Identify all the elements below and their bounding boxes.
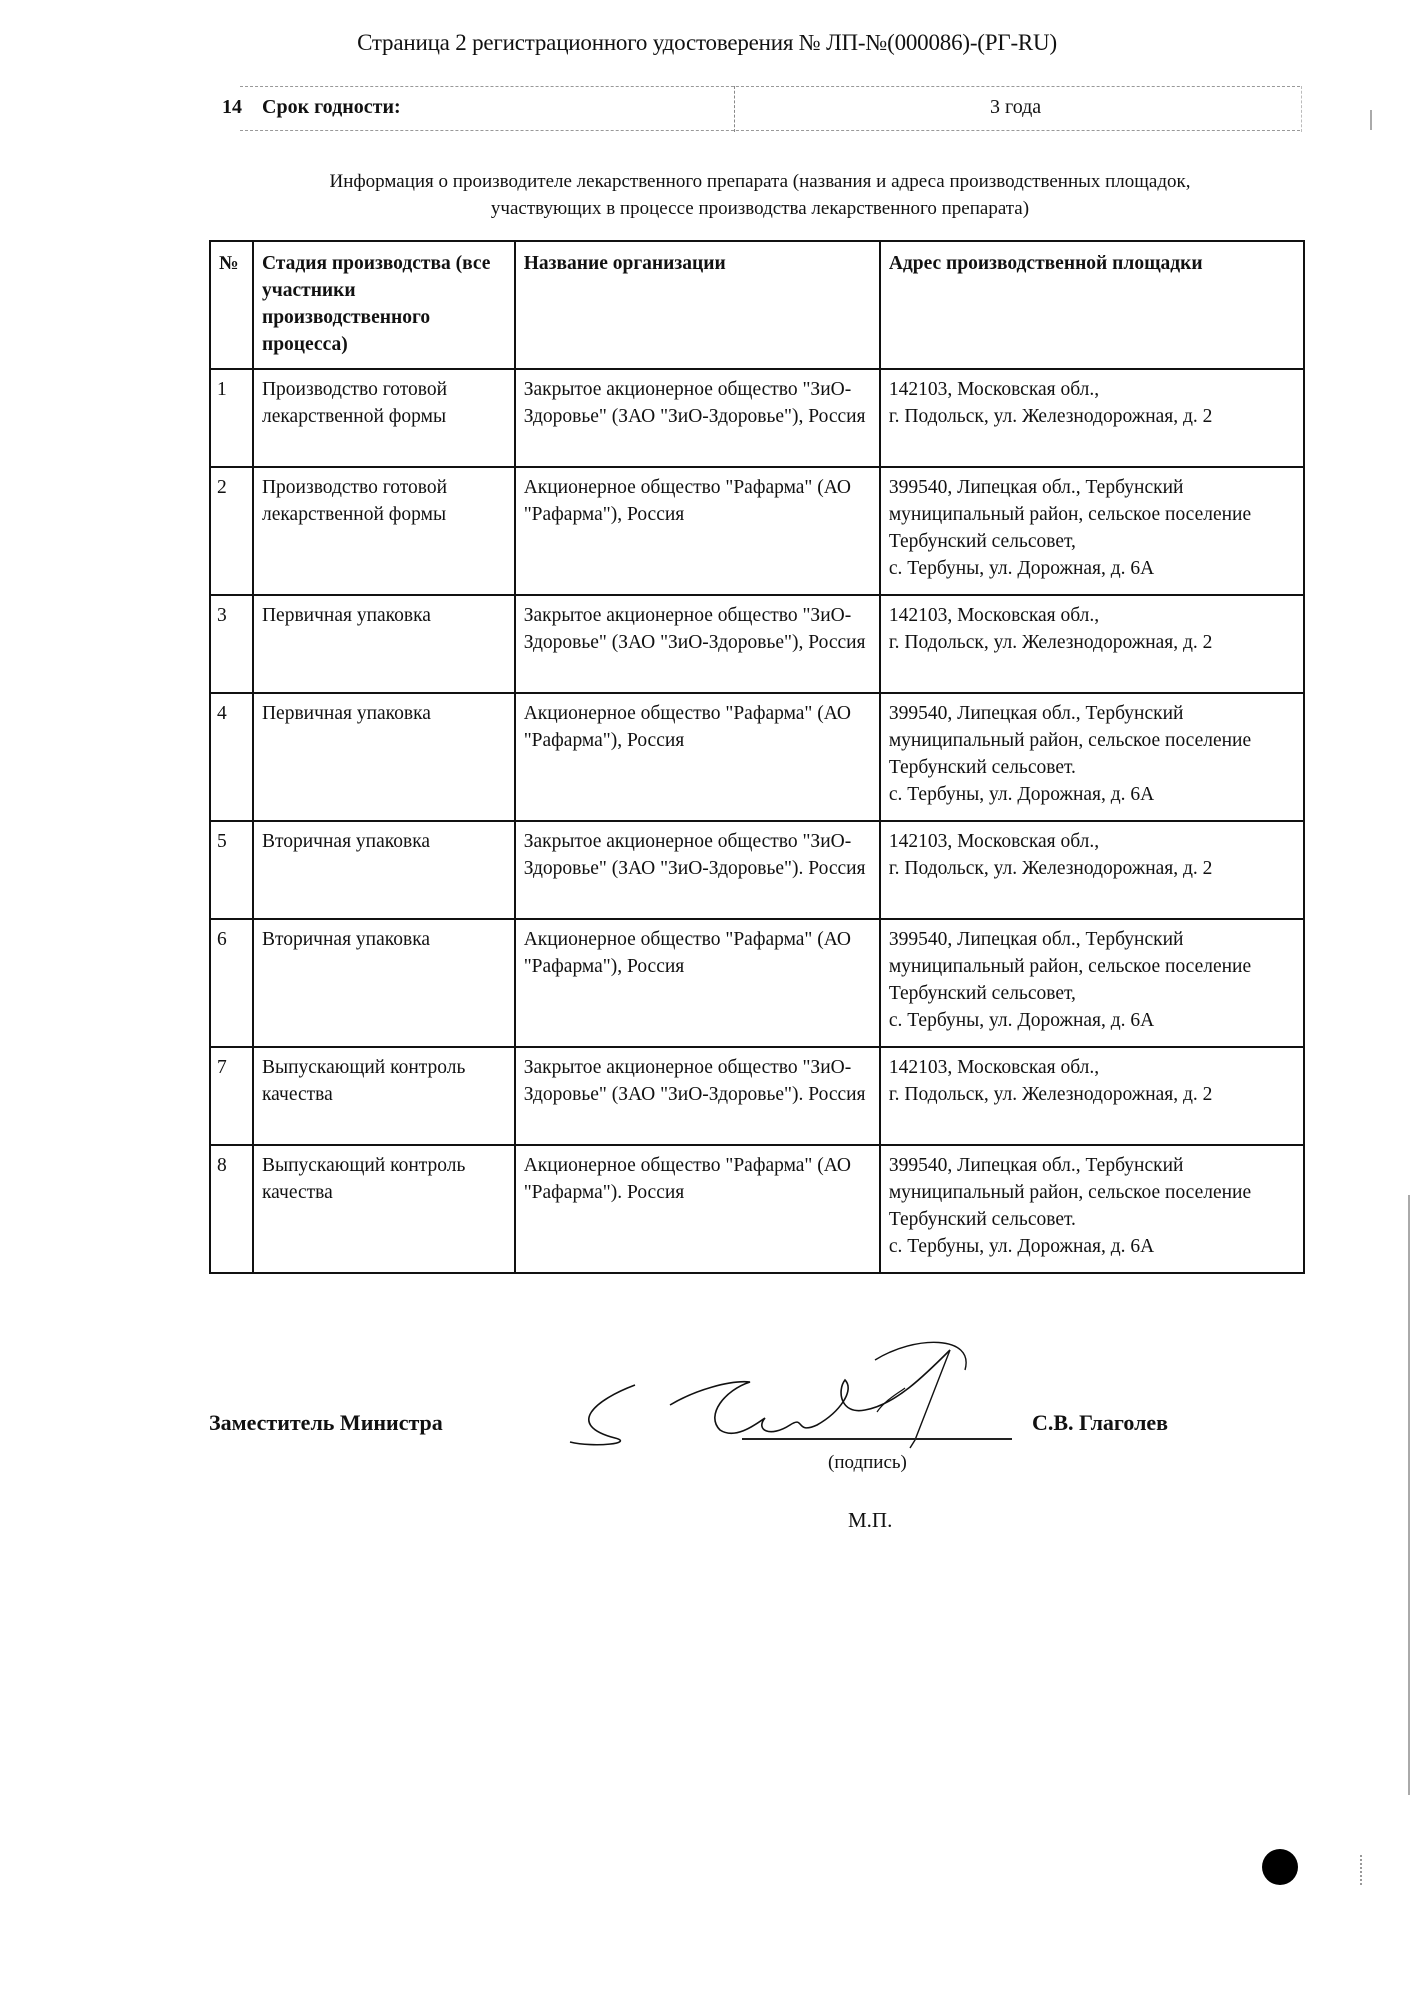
signature-line [742, 1438, 1012, 1440]
manufacturers-table: № Стадия производства (все участники про… [209, 240, 1305, 1274]
cell-num: 6 [210, 919, 253, 1047]
stamp-placeholder: М.П. [848, 1508, 892, 1533]
intro-line: Информация о производителе лекарственног… [210, 168, 1310, 195]
address-line: 399540, Липецкая обл., Тербунский муници… [889, 474, 1295, 555]
cell-address: 142103, Московская обл.,г. Подольск, ул.… [880, 369, 1304, 467]
signatory-name: С.В. Глаголев [1032, 1410, 1168, 1436]
cell-num: 7 [210, 1047, 253, 1145]
table-row: 4Первичная упаковкаАкционерное общество … [210, 693, 1304, 821]
signatory-title: Заместитель Министра [209, 1410, 443, 1436]
page-header: Страница 2 регистрационного удостоверени… [0, 30, 1414, 56]
expiry-section: 14 Срок годности: 3 года [200, 78, 1300, 134]
address-line: 399540, Липецкая обл., Тербунский муници… [889, 1152, 1295, 1233]
cell-address: 142103, Московская обл.,г. Подольск, ул.… [880, 595, 1304, 693]
table-row: 8Выпускающий контроль качестваАкционерно… [210, 1145, 1304, 1273]
address-line: г. Подольск, ул. Железнодорожная, д. 2 [889, 629, 1295, 656]
cell-address: 399540, Липецкая обл., Тербунский муници… [880, 1145, 1304, 1273]
cell-num: 1 [210, 369, 253, 467]
cell-org: Акционерное общество "Рафарма" (АО "Рафа… [515, 1145, 880, 1273]
expiry-label: Срок годности: [262, 96, 401, 119]
divider [240, 86, 1300, 87]
header-org: Название организации [515, 241, 880, 369]
cell-org: Закрытое акционерное общество "ЗиО-Здоро… [515, 595, 880, 693]
cell-org: Акционерное общество "Рафарма" (АО "Рафа… [515, 467, 880, 595]
header-num: № [210, 241, 253, 369]
cell-stage: Первичная упаковка [253, 595, 515, 693]
address-line: 399540, Липецкая обл., Тербунский муници… [889, 926, 1295, 1007]
cell-stage: Вторичная упаковка [253, 821, 515, 919]
table-header-row: № Стадия производства (все участники про… [210, 241, 1304, 369]
header-address: Адрес производственной площадки [880, 241, 1304, 369]
address-line: г. Подольск, ул. Железнодорожная, д. 2 [889, 1081, 1295, 1108]
address-line: 142103, Московская обл., [889, 602, 1295, 629]
address-line: 399540, Липецкая обл., Тербунский муници… [889, 700, 1295, 781]
cell-org: Акционерное общество "Рафарма" (АО "Рафа… [515, 919, 880, 1047]
address-line: 142103, Московская обл., [889, 828, 1295, 855]
cell-num: 8 [210, 1145, 253, 1273]
cell-stage: Выпускающий контроль качества [253, 1047, 515, 1145]
cell-address: 399540, Липецкая обл., Тербунский муници… [880, 693, 1304, 821]
cell-stage: Вторичная упаковка [253, 919, 515, 1047]
divider [1301, 86, 1302, 132]
cell-org: Закрытое акционерное общество "ЗиО-Здоро… [515, 821, 880, 919]
divider [240, 130, 1300, 131]
address-line: с. Тербуны, ул. Дорожная, д. 6А [889, 1233, 1295, 1260]
cell-stage: Первичная упаковка [253, 693, 515, 821]
address-line: 142103, Московская обл., [889, 1054, 1295, 1081]
cell-address: 142103, Московская обл.,г. Подольск, ул.… [880, 1047, 1304, 1145]
address-line: с. Тербуны, ул. Дорожная, д. 6А [889, 555, 1295, 582]
table-row: 2Производство готовой лекарственной форм… [210, 467, 1304, 595]
cell-address: 142103, Московская обл.,г. Подольск, ул.… [880, 821, 1304, 919]
cell-num: 4 [210, 693, 253, 821]
cell-stage: Выпускающий контроль качества [253, 1145, 515, 1273]
margin-marks [1360, 1855, 1364, 1885]
signature-block: Заместитель Министра С.В. Глаголев (подп… [0, 1330, 1414, 1590]
table-row: 7Выпускающий контроль качестваЗакрытое а… [210, 1047, 1304, 1145]
section-number: 14 [222, 96, 242, 119]
header-stage: Стадия производства (все участники произ… [253, 241, 515, 369]
cell-org: Акционерное общество "Рафарма" (АО "Рафа… [515, 693, 880, 821]
cell-org: Закрытое акционерное общество "ЗиО-Здоро… [515, 1047, 880, 1145]
cell-address: 399540, Липецкая обл., Тербунский муници… [880, 919, 1304, 1047]
handwritten-signature-icon [555, 1330, 1075, 1460]
expiry-value: 3 года [990, 96, 1041, 119]
signature-caption: (подпись) [828, 1452, 907, 1474]
cell-stage: Производство готовой лекарственной формы [253, 467, 515, 595]
cell-address: 399540, Липецкая обл., Тербунский муници… [880, 467, 1304, 595]
margin-marks [1408, 1195, 1410, 1795]
address-line: г. Подольск, ул. Железнодорожная, д. 2 [889, 855, 1295, 882]
table-row: 6Вторичная упаковкаАкционерное общество … [210, 919, 1304, 1047]
address-line: с. Тербуны, ул. Дорожная, д. 6А [889, 781, 1295, 808]
address-line: 142103, Московская обл., [889, 376, 1295, 403]
divider [734, 86, 735, 132]
table-row: 3Первичная упаковкаЗакрытое акционерное … [210, 595, 1304, 693]
cell-stage: Производство готовой лекарственной формы [253, 369, 515, 467]
table-row: 1Производство готовой лекарственной форм… [210, 369, 1304, 467]
table-row: 5Вторичная упаковкаЗакрытое акционерное … [210, 821, 1304, 919]
address-line: г. Подольск, ул. Железнодорожная, д. 2 [889, 403, 1295, 430]
cell-num: 3 [210, 595, 253, 693]
intro-line: участвующих в процессе производства лека… [210, 195, 1310, 222]
punch-hole-icon [1262, 1849, 1298, 1885]
cell-num: 2 [210, 467, 253, 595]
cell-num: 5 [210, 821, 253, 919]
cell-org: Закрытое акционерное общество "ЗиО-Здоро… [515, 369, 880, 467]
address-line: с. Тербуны, ул. Дорожная, д. 6А [889, 1007, 1295, 1034]
margin-marks [1370, 110, 1372, 130]
manufacturer-info-heading: Информация о производителе лекарственног… [210, 168, 1310, 222]
